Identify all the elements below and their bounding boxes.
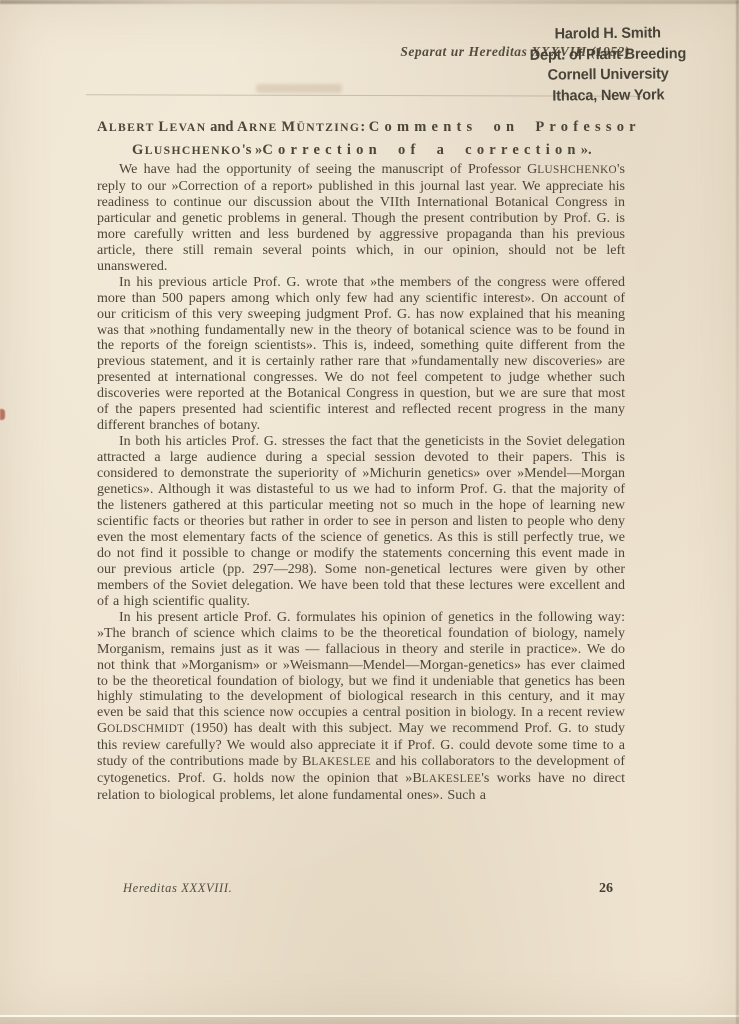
- journal-reference: Hereditas XXXVIII.: [97, 881, 232, 896]
- article-body: We have had the opportunity of seeing th…: [97, 162, 625, 804]
- scan-edge-bottom: [0, 1015, 739, 1024]
- stamp-institution: Cornell University: [525, 64, 692, 86]
- stamp-department: Dept. of Plant Breeding: [524, 44, 691, 66]
- paragraph-2: In his previous article Prof. G. wrote t…: [97, 275, 625, 435]
- article-title: Albert Levan and Arne Müntzing: Comments…: [97, 116, 660, 162]
- red-edge-mark: [0, 409, 5, 420]
- paragraph-3: In both his articles Prof. G. stresses t…: [97, 434, 625, 609]
- ink-offset-smudge: [256, 84, 342, 93]
- stamp-location: Ithaca, New York: [525, 85, 692, 107]
- paragraph-1: We have had the opportunity of seeing th…: [97, 162, 625, 275]
- scanned-page: Separat ur Hereditas XXXVIII (1952) Haro…: [0, 0, 739, 1024]
- page-number: 26: [599, 881, 613, 897]
- ownership-stamp: Harold H. Smith Dept. of Plant Breeding …: [522, 23, 695, 107]
- scan-edge-top: [0, 0, 739, 4]
- page-footer: Hereditas XXXVIII. 26: [97, 881, 625, 897]
- paragraph-4: In his present article Prof. G. formulat…: [97, 610, 625, 804]
- stamp-owner-name: Harold H. Smith: [524, 23, 691, 45]
